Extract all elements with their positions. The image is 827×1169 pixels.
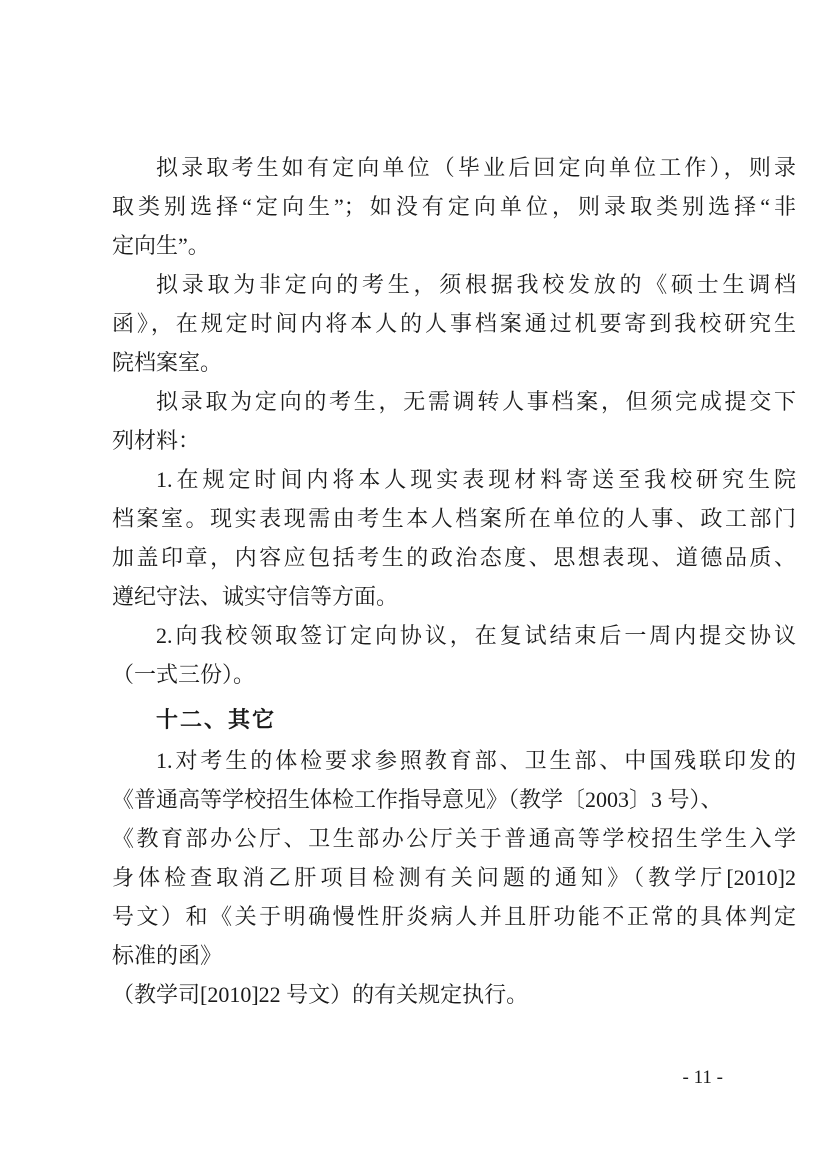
text-line: 标准的函》	[112, 936, 796, 975]
text-line: （教学司[2010]22 号文）的有关规定执行。	[112, 975, 796, 1014]
text-line: 1.在规定时间内将本人现实表现材料寄送至我校研究生院	[112, 460, 796, 499]
text-line: 档案室。现实表现需由考生本人档案所在单位的人事、政工部门	[112, 499, 796, 538]
text-line: 函》，在规定时间内将本人的人事档案通过机要寄到我校研究生	[112, 304, 796, 343]
text-line: 拟录取考生如有定向单位（毕业后回定向单位工作），则录	[112, 148, 796, 187]
text-line: 身体检查取消乙肝项目检测有关问题的通知》（教学厅[2010]2	[112, 858, 796, 897]
text-line: 1.对考生的体检要求参照教育部、卫生部、中国残联印发的	[112, 741, 796, 780]
text-line: 《普通高等学校招生体检工作指导意见》（教学〔2003〕3 号）、	[112, 780, 796, 819]
section-heading: 十二、其它	[112, 700, 796, 739]
document-page: 拟录取考生如有定向单位（毕业后回定向单位工作），则录 取类别选择“定向生”；如没…	[0, 0, 827, 1169]
text-line: 定向生”。	[112, 226, 796, 265]
paragraph: 1.对考生的体检要求参照教育部、卫生部、中国残联印发的 《普通高等学校招生体检工…	[112, 741, 796, 975]
paragraph: 拟录取为非定向的考生，须根据我校发放的《硕士生调档 函》，在规定时间内将本人的人…	[112, 265, 796, 382]
text-line: 拟录取为非定向的考生，须根据我校发放的《硕士生调档	[112, 265, 796, 304]
text-line: （一式三份）。	[112, 655, 796, 694]
text-line: 院档案室。	[112, 343, 796, 382]
paragraph: 2.向我校领取签订定向协议，在复试结束后一周内提交协议 （一式三份）。	[112, 616, 796, 694]
text-line: 拟录取为定向的考生，无需调转人事档案，但须完成提交下	[112, 382, 796, 421]
paragraph: 1.在规定时间内将本人现实表现材料寄送至我校研究生院 档案室。现实表现需由考生本…	[112, 460, 796, 616]
text-line: 《教育部办公厅、卫生部办公厅关于普通高等学校招生学生入学	[112, 819, 796, 858]
paragraph: （教学司[2010]22 号文）的有关规定执行。	[112, 975, 796, 1014]
document-body: 拟录取考生如有定向单位（毕业后回定向单位工作），则录 取类别选择“定向生”；如没…	[112, 148, 796, 1014]
text-line: 遵纪守法、诚实守信等方面。	[112, 577, 796, 616]
text-line: 取类别选择“定向生”；如没有定向单位，则录取类别选择“非	[112, 187, 796, 226]
paragraph: 拟录取考生如有定向单位（毕业后回定向单位工作），则录 取类别选择“定向生”；如没…	[112, 148, 796, 265]
text-line: 2.向我校领取签订定向协议，在复试结束后一周内提交协议	[112, 616, 796, 655]
page-number: - 11 -	[683, 1066, 723, 1090]
text-line: 列材料：	[112, 421, 796, 460]
text-line: 加盖印章，内容应包括考生的政治态度、思想表现、道德品质、	[112, 538, 796, 577]
paragraph: 拟录取为定向的考生，无需调转人事档案，但须完成提交下 列材料：	[112, 382, 796, 460]
text-line: 号文）和《关于明确慢性肝炎病人并且肝功能不正常的具体判定	[112, 897, 796, 936]
